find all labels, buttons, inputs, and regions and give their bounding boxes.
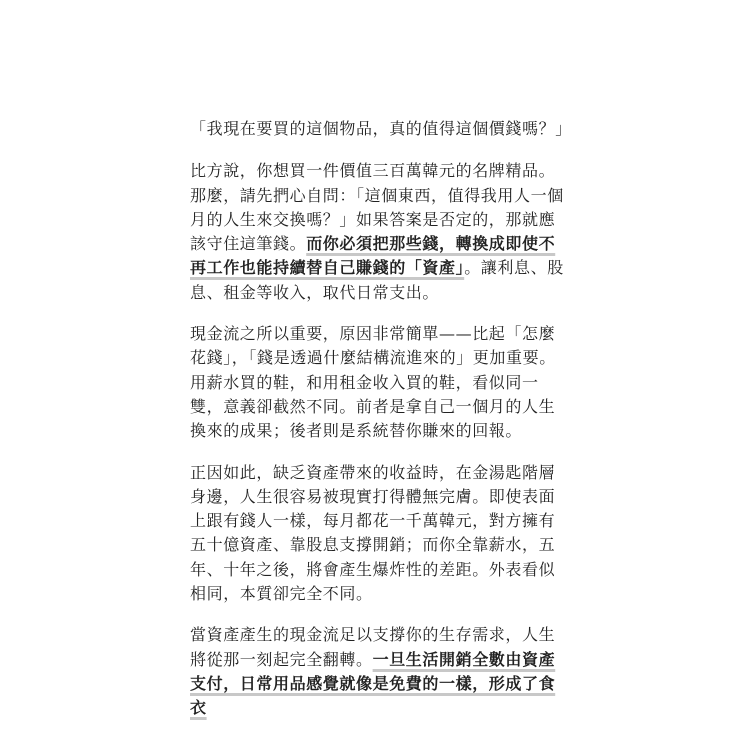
paragraph-4: 當資產產生的現金流足以支撐你的生存需求，人生將從那一刻起完全翻轉。一旦生活開銷全… <box>190 623 570 720</box>
paragraph-text: 現金流之所以重要，原因非常簡單——比起「怎麼花錢」，「錢是透過什麼結構流進來的」… <box>190 324 556 440</box>
paragraph-3: 正因如此，缺乏資產帶來的收益時，在金湯匙階層身邊，人生很容易被現實打得體無完膚。… <box>190 461 570 607</box>
paragraph-text: 正因如此，缺乏資產帶來的收益時，在金湯匙階層身邊，人生很容易被現實打得體無完膚。… <box>190 463 555 603</box>
paragraph-1: 比方說，你想買一件價值三百萬韓元的名牌精品。那麼，請先捫心自問：「這個東西，值得… <box>190 159 570 305</box>
paragraph-2: 現金流之所以重要，原因非常簡單——比起「怎麼花錢」，「錢是透過什麼結構流進來的」… <box>190 322 570 443</box>
document-page: 「我現在要買的這個物品，真的值得這個價錢嗎？」 比方說，你想買一件價值三百萬韓元… <box>190 117 570 738</box>
quote-line: 「我現在要買的這個物品，真的值得這個價錢嗎？」 <box>190 117 570 141</box>
